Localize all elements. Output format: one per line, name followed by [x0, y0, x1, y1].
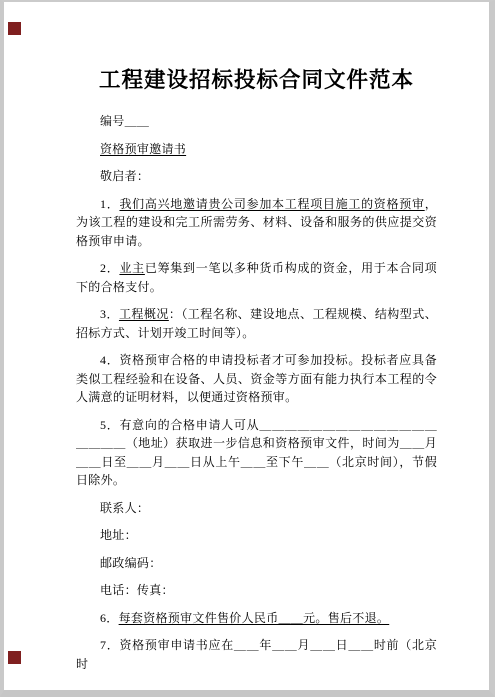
paragraph: 编号＿＿ [76, 112, 437, 131]
paragraph: 3．工程概况：（工程名称、建设地点、工程规模、结构型式、招标方式、计划开竣工时间… [76, 305, 437, 342]
text-segment: 4．资格预审合格的申请投标者才可参加投标。投标者应具备类似工程经验和在设备、人员… [76, 353, 437, 404]
text-segment: 6． [100, 611, 119, 625]
underlined-text: 资格预审邀请书 [100, 142, 186, 156]
text-segment: 邮政编码： [100, 556, 162, 570]
text-segment: 敬启者： [100, 169, 149, 183]
paragraph: 2．业主已筹集到一笔以多种货币构成的资金，用于本合同项下的合格支付。 [76, 259, 437, 296]
paragraph: 联系人： [76, 499, 437, 518]
underlined-text: 我们高兴地邀请贵公司参加本工程项目施工的资格预审 [119, 197, 424, 211]
text-segment: 1． [100, 197, 119, 211]
text-segment: 5．有意向的合格申请人可从＿＿＿＿＿＿＿＿＿＿＿＿＿＿＿＿＿＿（地址）获取进一步… [76, 418, 437, 488]
paragraph: 6．每套资格预审文件售价人民币＿＿元。售后不退。 [76, 609, 437, 628]
paragraph: 邮政编码： [76, 554, 437, 573]
page-corner-marker-bottom [8, 651, 21, 664]
document-content: 工程建设招标投标合同文件范本 编号＿＿资格预审邀请书敬启者：1．我们高兴地邀请贵… [4, 2, 489, 673]
paragraph: 4．资格预审合格的申请投标者才可参加投标。投标者应具备类似工程经验和在设备、人员… [76, 351, 437, 407]
document-body: 编号＿＿资格预审邀请书敬启者：1．我们高兴地邀请贵公司参加本工程项目施工的资格预… [76, 112, 437, 673]
underlined-text: 每套资格预审文件售价人民币＿＿元。售后不退。 [119, 611, 390, 625]
document-page: 工程建设招标投标合同文件范本 编号＿＿资格预审邀请书敬启者：1．我们高兴地邀请贵… [0, 0, 495, 697]
text-segment: 联系人： [100, 501, 149, 515]
text-segment: 7．资格预审申请书应在＿＿年＿＿月＿＿日＿＿时前（北京时 [76, 638, 437, 671]
text-segment: 编号＿＿ [100, 114, 149, 128]
paragraph: 敬启者： [76, 167, 437, 186]
text-segment: 电话：传真： [100, 583, 174, 597]
paragraph: 资格预审邀请书 [76, 140, 437, 159]
paragraph: 5．有意向的合格申请人可从＿＿＿＿＿＿＿＿＿＿＿＿＿＿＿＿＿＿（地址）获取进一步… [76, 416, 437, 490]
underlined-text: 工程概况 [119, 307, 169, 321]
paragraph: 1．我们高兴地邀请贵公司参加本工程项目施工的资格预审，为该工程的建设和完工所需劳… [76, 195, 437, 251]
underlined-text: 业主 [119, 261, 144, 275]
paragraph: 电话：传真： [76, 581, 437, 600]
paragraph: 7．资格预审申请书应在＿＿年＿＿月＿＿日＿＿时前（北京时 [76, 636, 437, 673]
page-corner-marker-top [8, 22, 21, 35]
text-segment: 3． [100, 307, 119, 321]
paragraph: 地址： [76, 526, 437, 545]
document-title: 工程建设招标投标合同文件范本 [76, 66, 437, 94]
text-segment: 2． [100, 261, 119, 275]
text-segment: 地址： [100, 528, 137, 542]
